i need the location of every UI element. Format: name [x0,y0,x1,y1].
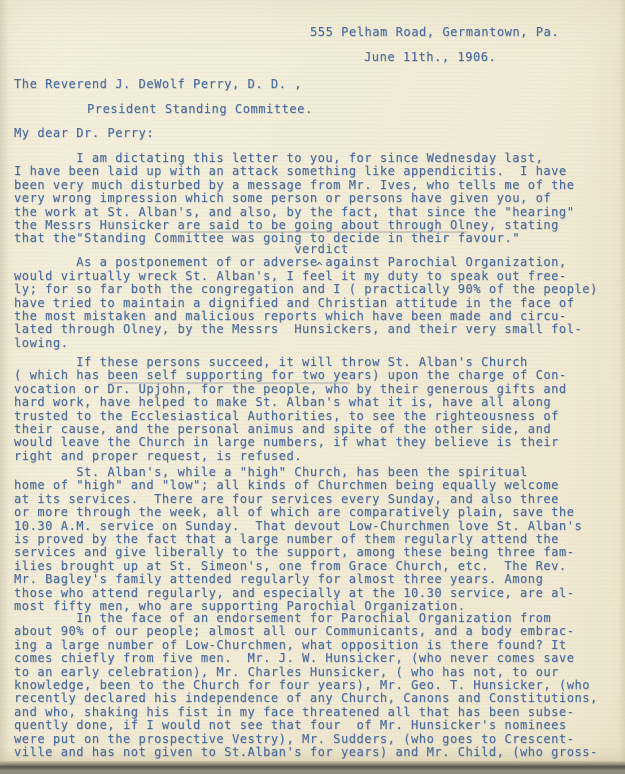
letter-line: comes chiefly from five men. Mr. J. W. H… [14,652,598,665]
letter-line: ville and has not given to St.Alban's fo… [14,746,598,759]
letter-line: right and proper request, is refused. [14,450,567,463]
letter-line: been very much disturbed by a message fr… [14,179,575,192]
recipient-title: President Standing Committee. [87,103,313,116]
letter-line: vocation or Dr. Upjohn, for the people, … [14,383,567,396]
letter-line: and who, shaking his fist in my face thr… [14,706,598,719]
letter-line: ing a large number of Low-Churchmen, wha… [14,639,598,652]
letter-line: their cause, and the personal animus and… [14,423,567,436]
letter-line: Mr. Bagley's family attended regularly f… [14,573,582,586]
letter-line: 10.30 A.M. service on Sunday. That devou… [14,520,582,533]
letter-line: If these persons succeed, it will throw … [14,356,567,369]
letter-line: hard work, have helped to make St. Alban… [14,396,567,409]
insertion-caret: ^ [316,261,323,272]
letter-line: As a postponement of or adverse against … [14,256,598,269]
letter-line: I have been laid up with an attack somet… [14,165,575,178]
letter-line: lowing. [14,337,598,350]
letter-line: very wrong impression which some person … [14,192,575,205]
letter-line: St. Alban's, while a "high" Church, has … [14,466,582,479]
letter-line: about 90% of our people; almost all our … [14,625,598,638]
sender-address: 555 Pelham Road, Germantown, Pa. [310,26,559,39]
letter-line: to an early celebration), Mr. Charles Hu… [14,666,598,679]
pencil-underline-self-supporting [108,382,350,384]
letter-line: In the face of an endorsement for Paroch… [14,612,598,625]
paragraph-2: verdict As a postponement of or adverse … [14,243,598,350]
letter-line: or more through the week, all of which a… [14,506,582,519]
recipient-name: The Reverend J. DeWolf Perry, D. D. , [14,78,302,91]
letter-line: at its services. There are four services… [14,493,582,506]
letter-line: services and give liberally to the suppo… [14,546,582,559]
letter-line: verdict [14,243,598,256]
salutation: My dear Dr. Perry: [14,127,154,140]
scanned-letter-page: { "letter": { "ink_color": "#4a6b9c", "p… [0,0,625,774]
paragraph-5: In the face of an endorsement for Paroch… [14,612,598,759]
letter-line: the most mistaken and malicious reports … [14,310,598,323]
letter-line: home of "high" and "low"; all kinds of C… [14,479,582,492]
letter-line: would virtually wreck St. Alban's, I fee… [14,270,598,283]
date-line: June 11th., 1906. [364,51,496,64]
paper-bottom-edge [0,761,625,774]
paragraph-4: St. Alban's, while a "high" Church, has … [14,466,582,613]
letter-line: ly; for so far both the congregation and… [14,283,598,296]
letter-line: lated through Olney, by the Messrs Hunsi… [14,323,598,336]
paragraph-3: If these persons succeed, it will throw … [14,356,567,463]
letter-line: knowledge, been to the Church for four y… [14,679,598,692]
letter-line: would leave the Church in large numbers,… [14,436,567,449]
letter-line: ( which has been self supporting for two… [14,369,567,382]
letter-line: quently done, if I would not see that fo… [14,719,598,732]
pencil-underline-olney [180,231,468,233]
letter-line: ilies brought up at St. Simeon's, one fr… [14,560,582,573]
letter-line: the work at St. Alban's, and also, by th… [14,206,575,219]
letter-line: were put on the prospective Vestry), Mr.… [14,733,598,746]
letter-line: is proved by the fact that a large numbe… [14,533,582,546]
letter-line: have tried to maintain a dignified and C… [14,297,598,310]
letter-line: I am dictating this letter to you, for s… [14,152,575,165]
letter-line: those who attend regularly, and especial… [14,587,582,600]
letter-line: recently declared his independence of an… [14,692,598,705]
letter-line: trusted to the Ecclesiastical Authoritie… [14,410,567,423]
